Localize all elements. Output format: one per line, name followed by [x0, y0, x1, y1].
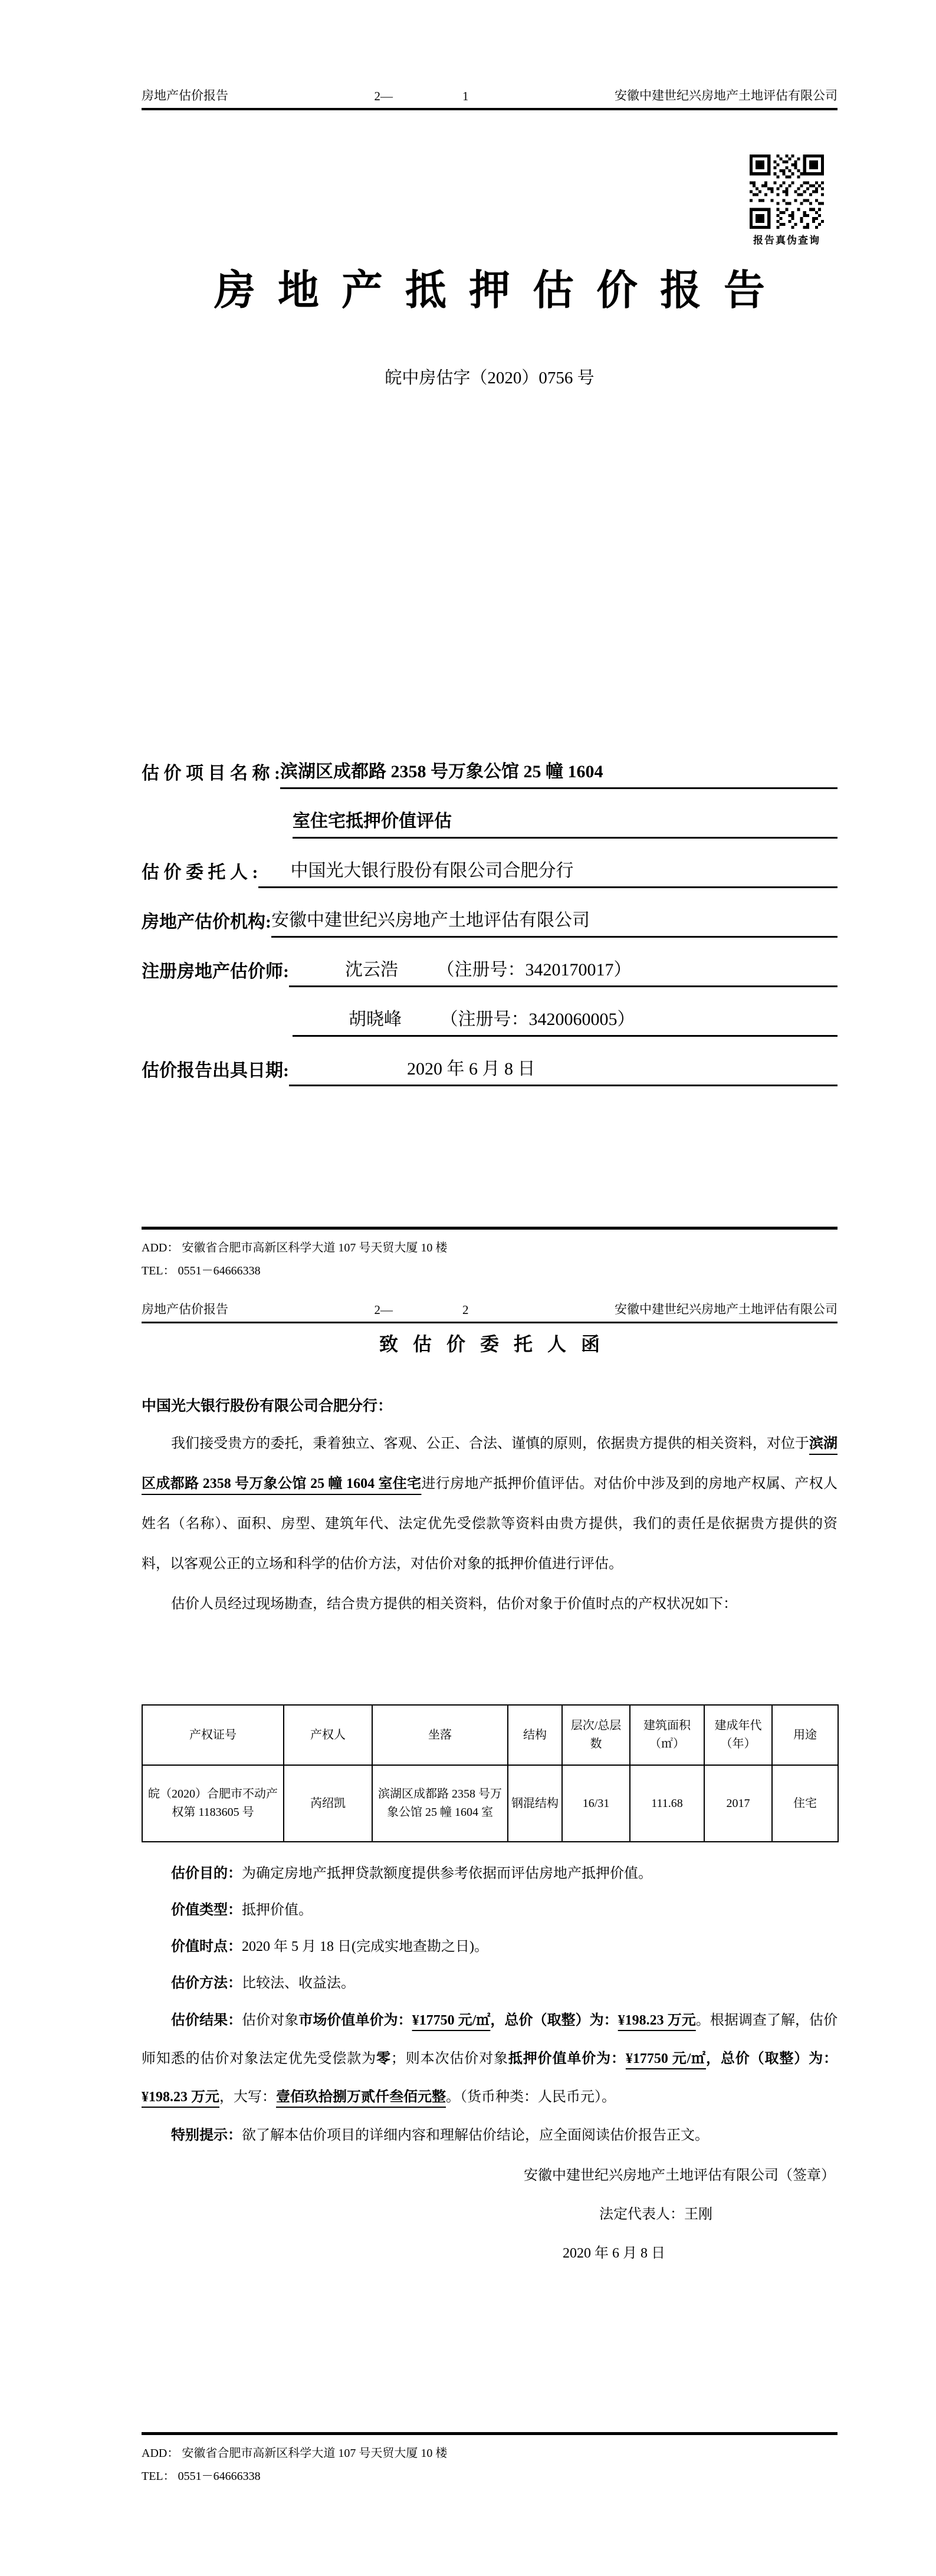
letter-salutation: 中国光大银行股份有限公司合肥分行：: [142, 1394, 838, 1415]
appraiser-name: 沈云浩: [345, 960, 398, 980]
field-value: 中国光大银行股份有限公司合肥分行: [258, 856, 838, 888]
col-use: 用途: [772, 1705, 838, 1765]
price-in-words: 壹佰玖拾捌万贰仟叁佰元整: [276, 2089, 446, 2105]
field-row-project-cont: 室住宅抵押价值评估: [142, 789, 838, 839]
letter-paragraph-2: 估价人员经过现场勘查，结合贵方提供的相关资料，估价对象于价值时点的产权状况如下：: [142, 1584, 838, 1624]
field-row-appraiser-2: 胡晓峰 （注册号：3420060005）: [142, 987, 838, 1037]
field-label: 注册房地产估价师:: [142, 957, 289, 987]
col-year-built: 建成年代（年）: [704, 1705, 772, 1765]
cover-fields: 估 价 项 目 名 称 : 滨湖区成都路 2358 号万象公馆 25 幢 160…: [142, 740, 838, 1086]
item-value-date: 价值时点：2020 年 5 月 18 日(完成实地查勘之日)。: [142, 1928, 838, 1965]
qr-code-icon: [750, 155, 824, 229]
qr-caption: 报告真伪查询: [748, 232, 826, 247]
property-rights-table: 产权证号 产权人 坐落 结构 层次/总层数 建筑面积（㎡） 建成年代（年） 用途…: [142, 1704, 839, 1842]
item-purpose: 估价目的：为确定房地产抵押贷款额度提供参考依据而评估房地产抵押价值。: [142, 1855, 838, 1892]
report-number: 皖中房估字（2020）0756 号: [142, 364, 838, 389]
table-header-row: 产权证号 产权人 坐落 结构 层次/总层数 建筑面积（㎡） 建成年代（年） 用途: [142, 1705, 838, 1765]
result-text: ；则本次估价对象: [391, 2051, 508, 2066]
header-page-number: 1: [462, 89, 469, 104]
footer-address: ADD： 安徽省合肥市高新区科学大道 107 号天贸大厦 10 楼: [142, 2442, 838, 2465]
letter-title: 致估价委托人函: [142, 1329, 838, 1356]
result-text: 抵押价值单价为：: [508, 2051, 626, 2066]
field-label: 估 价 项 目 名 称 :: [142, 758, 280, 789]
header-page-indicator: 2— 1: [375, 89, 469, 104]
mortgage-unit-price-value: ¥17750 元/㎡: [626, 2051, 706, 2066]
header-company: 安徽中建世纪兴房地产土地评估有限公司: [615, 86, 838, 104]
item-special-note: 特别提示：欲了解本估价项目的详细内容和理解估价结论，应全面阅读估价报告正文。: [142, 2117, 838, 2155]
appraiser-registration: （注册号：3420170017）: [437, 960, 632, 980]
property-rights-table-wrap: 产权证号 产权人 坐落 结构 层次/总层数 建筑面积（㎡） 建成年代（年） 用途…: [142, 1704, 838, 1842]
field-value: 室住宅抵押价值评估: [293, 806, 838, 839]
page1-header: 房地产估价报告 2— 1 安徽中建世纪兴房地产土地评估有限公司: [142, 86, 838, 110]
cell-use: 住宅: [772, 1765, 838, 1842]
result-text: 零: [376, 2051, 391, 2066]
item-result: 估价结果：估价对象市场价值单价为：¥17750 元/㎡，总价（取整）为：¥198…: [142, 2002, 838, 2117]
footer-phone: TEL： 0551－64666338: [142, 2465, 838, 2488]
col-area: 建筑面积（㎡）: [630, 1705, 704, 1765]
item-value-type: 价值类型：抵押价值。: [142, 1892, 838, 1928]
footer-phone: TEL： 0551－64666338: [142, 1260, 838, 1283]
field-label: 房地产估价机构:: [142, 907, 271, 938]
field-row-issue-date: 估价报告出具日期: 2020 年 6 月 8 日: [142, 1037, 838, 1086]
item-label: 估价结果：: [171, 2013, 242, 2028]
page2-footer: ADD： 安徽省合肥市高新区科学大道 107 号天贸大厦 10 楼 TEL： 0…: [142, 2432, 838, 2488]
field-value: 滨湖区成都路 2358 号万象公馆 25 幢 1604: [280, 757, 838, 789]
cell-owner: 芮绍凯: [284, 1765, 372, 1842]
item-label: 估价目的：: [171, 1866, 242, 1881]
qr-verification-block: 报告真伪查询: [748, 155, 826, 247]
report-title: 房地产抵押估价报告: [142, 257, 838, 317]
field-row-agency: 房地产估价机构: 安徽中建世纪兴房地产土地评估有限公司: [142, 888, 838, 938]
field-row-project: 估 价 项 目 名 称 : 滨湖区成都路 2358 号万象公馆 25 幢 160…: [142, 740, 838, 789]
field-label: 估价报告出具日期:: [142, 1056, 289, 1086]
field-value: 安徽中建世纪兴房地产土地评估有限公司: [271, 905, 838, 938]
appraisal-summary-items: 估价目的：为确定房地产抵押贷款额度提供参考依据而评估房地产抵押价值。 价值类型：…: [142, 1855, 838, 2273]
item-text: 欲了解本估价项目的详细内容和理解估价结论，应全面阅读估价报告正文。: [242, 2128, 709, 2143]
total-price-value: ¥198.23 万元: [618, 2013, 696, 2028]
paragraph-text: 我们接受贵方的委托，秉着独立、客观、公正、合法、谨慎的原则，依据贵方提供的相关资…: [171, 1436, 809, 1451]
header-page-number: 2: [462, 1303, 469, 1317]
result-text: ，大写：: [219, 2089, 276, 2105]
header-page-prefix: 2—: [375, 89, 393, 104]
header-page-prefix: 2—: [375, 1303, 393, 1317]
mortgage-total-price-value: ¥198.23 万元: [142, 2089, 219, 2105]
header-page-indicator: 2— 2: [375, 1303, 469, 1317]
appraiser-name: 胡晓峰: [349, 1010, 402, 1029]
field-row-appraiser-1: 注册房地产估价师: 沈云浩 （注册号：3420170017）: [142, 938, 838, 987]
result-text: ，总价（取整）为：: [490, 2013, 618, 2028]
item-label: 估价方法：: [171, 1976, 242, 1991]
appraiser-registration: （注册号：3420060005）: [441, 1010, 635, 1029]
page1-footer: ADD： 安徽省合肥市高新区科学大道 107 号天贸大厦 10 楼 TEL： 0…: [142, 1227, 838, 1283]
col-floor: 层次/总层数: [562, 1705, 630, 1765]
field-value: 胡晓峰 （注册号：3420060005）: [293, 1004, 838, 1037]
item-label: 特别提示：: [171, 2128, 242, 2143]
letter-body: 我们接受贵方的委托，秉着独立、客观、公正、合法、谨慎的原则，依据贵方提供的相关资…: [142, 1424, 838, 1704]
col-location: 坐落: [372, 1705, 508, 1765]
item-text: 2020 年 5 月 18 日(完成实地查勘之日)。: [242, 1939, 488, 1954]
item-label: 价值时点：: [171, 1939, 242, 1954]
cell-floor: 16/31: [562, 1765, 630, 1842]
field-row-client: 估 价 委 托 人 : 中国光大银行股份有限公司合肥分行: [142, 839, 838, 888]
result-text: 市场价值单价为：: [298, 2013, 412, 2028]
table-data-row: 皖（2020）合肥市不动产权第 1183605 号 芮绍凯 滨湖区成都路 235…: [142, 1765, 838, 1842]
header-company: 安徽中建世纪兴房地产土地评估有限公司: [615, 1300, 838, 1317]
field-value: 2020 年 6 月 8 日: [289, 1054, 838, 1086]
signature-date: 2020 年 6 月 8 日: [142, 2234, 838, 2273]
field-label: 估 价 委 托 人 :: [142, 857, 258, 888]
signature-legal-rep: 法定代表人：王刚: [142, 2195, 838, 2234]
result-text: ，总价（取整）为：: [706, 2051, 838, 2066]
cell-structure: 钢混结构: [508, 1765, 562, 1842]
footer-address: ADD： 安徽省合肥市高新区科学大道 107 号天贸大厦 10 楼: [142, 1237, 838, 1260]
cell-area: 111.68: [630, 1765, 704, 1842]
item-text: 为确定房地产抵押贷款额度提供参考依据而评估房地产抵押价值。: [242, 1866, 652, 1881]
cell-year-built: 2017: [704, 1765, 772, 1842]
header-doc-type: 房地产估价报告: [142, 86, 228, 104]
col-cert-no: 产权证号: [142, 1705, 284, 1765]
unit-price-value: ¥17750 元/㎡: [412, 2013, 491, 2028]
letter-paragraph-1: 我们接受贵方的委托，秉着独立、客观、公正、合法、谨慎的原则，依据贵方提供的相关资…: [142, 1424, 838, 1584]
header-doc-type: 房地产估价报告: [142, 1300, 228, 1317]
signature-block: 安徽中建世纪兴房地产土地评估有限公司（签章） 法定代表人：王刚 2020 年 6…: [142, 2156, 838, 2273]
item-label: 价值类型：: [171, 1903, 242, 1918]
signature-company: 安徽中建世纪兴房地产土地评估有限公司（签章）: [142, 2156, 838, 2195]
page2-header: 房地产估价报告 2— 2 安徽中建世纪兴房地产土地评估有限公司: [142, 1300, 838, 1323]
result-text: 估价对象: [242, 2013, 298, 2028]
result-text: 。（货币种类：人民币元）。: [446, 2089, 616, 2105]
item-method: 估价方法：比较法、收益法。: [142, 1965, 838, 2002]
field-value: 沈云浩 （注册号：3420170017）: [289, 955, 838, 987]
item-text: 抵押价值。: [242, 1903, 313, 1918]
item-text: 比较法、收益法。: [242, 1976, 355, 1991]
col-structure: 结构: [508, 1705, 562, 1765]
cell-cert-no: 皖（2020）合肥市不动产权第 1183605 号: [142, 1765, 284, 1842]
cell-location: 滨湖区成都路 2358 号万象公馆 25 幢 1604 室: [372, 1765, 508, 1842]
col-owner: 产权人: [284, 1705, 372, 1765]
